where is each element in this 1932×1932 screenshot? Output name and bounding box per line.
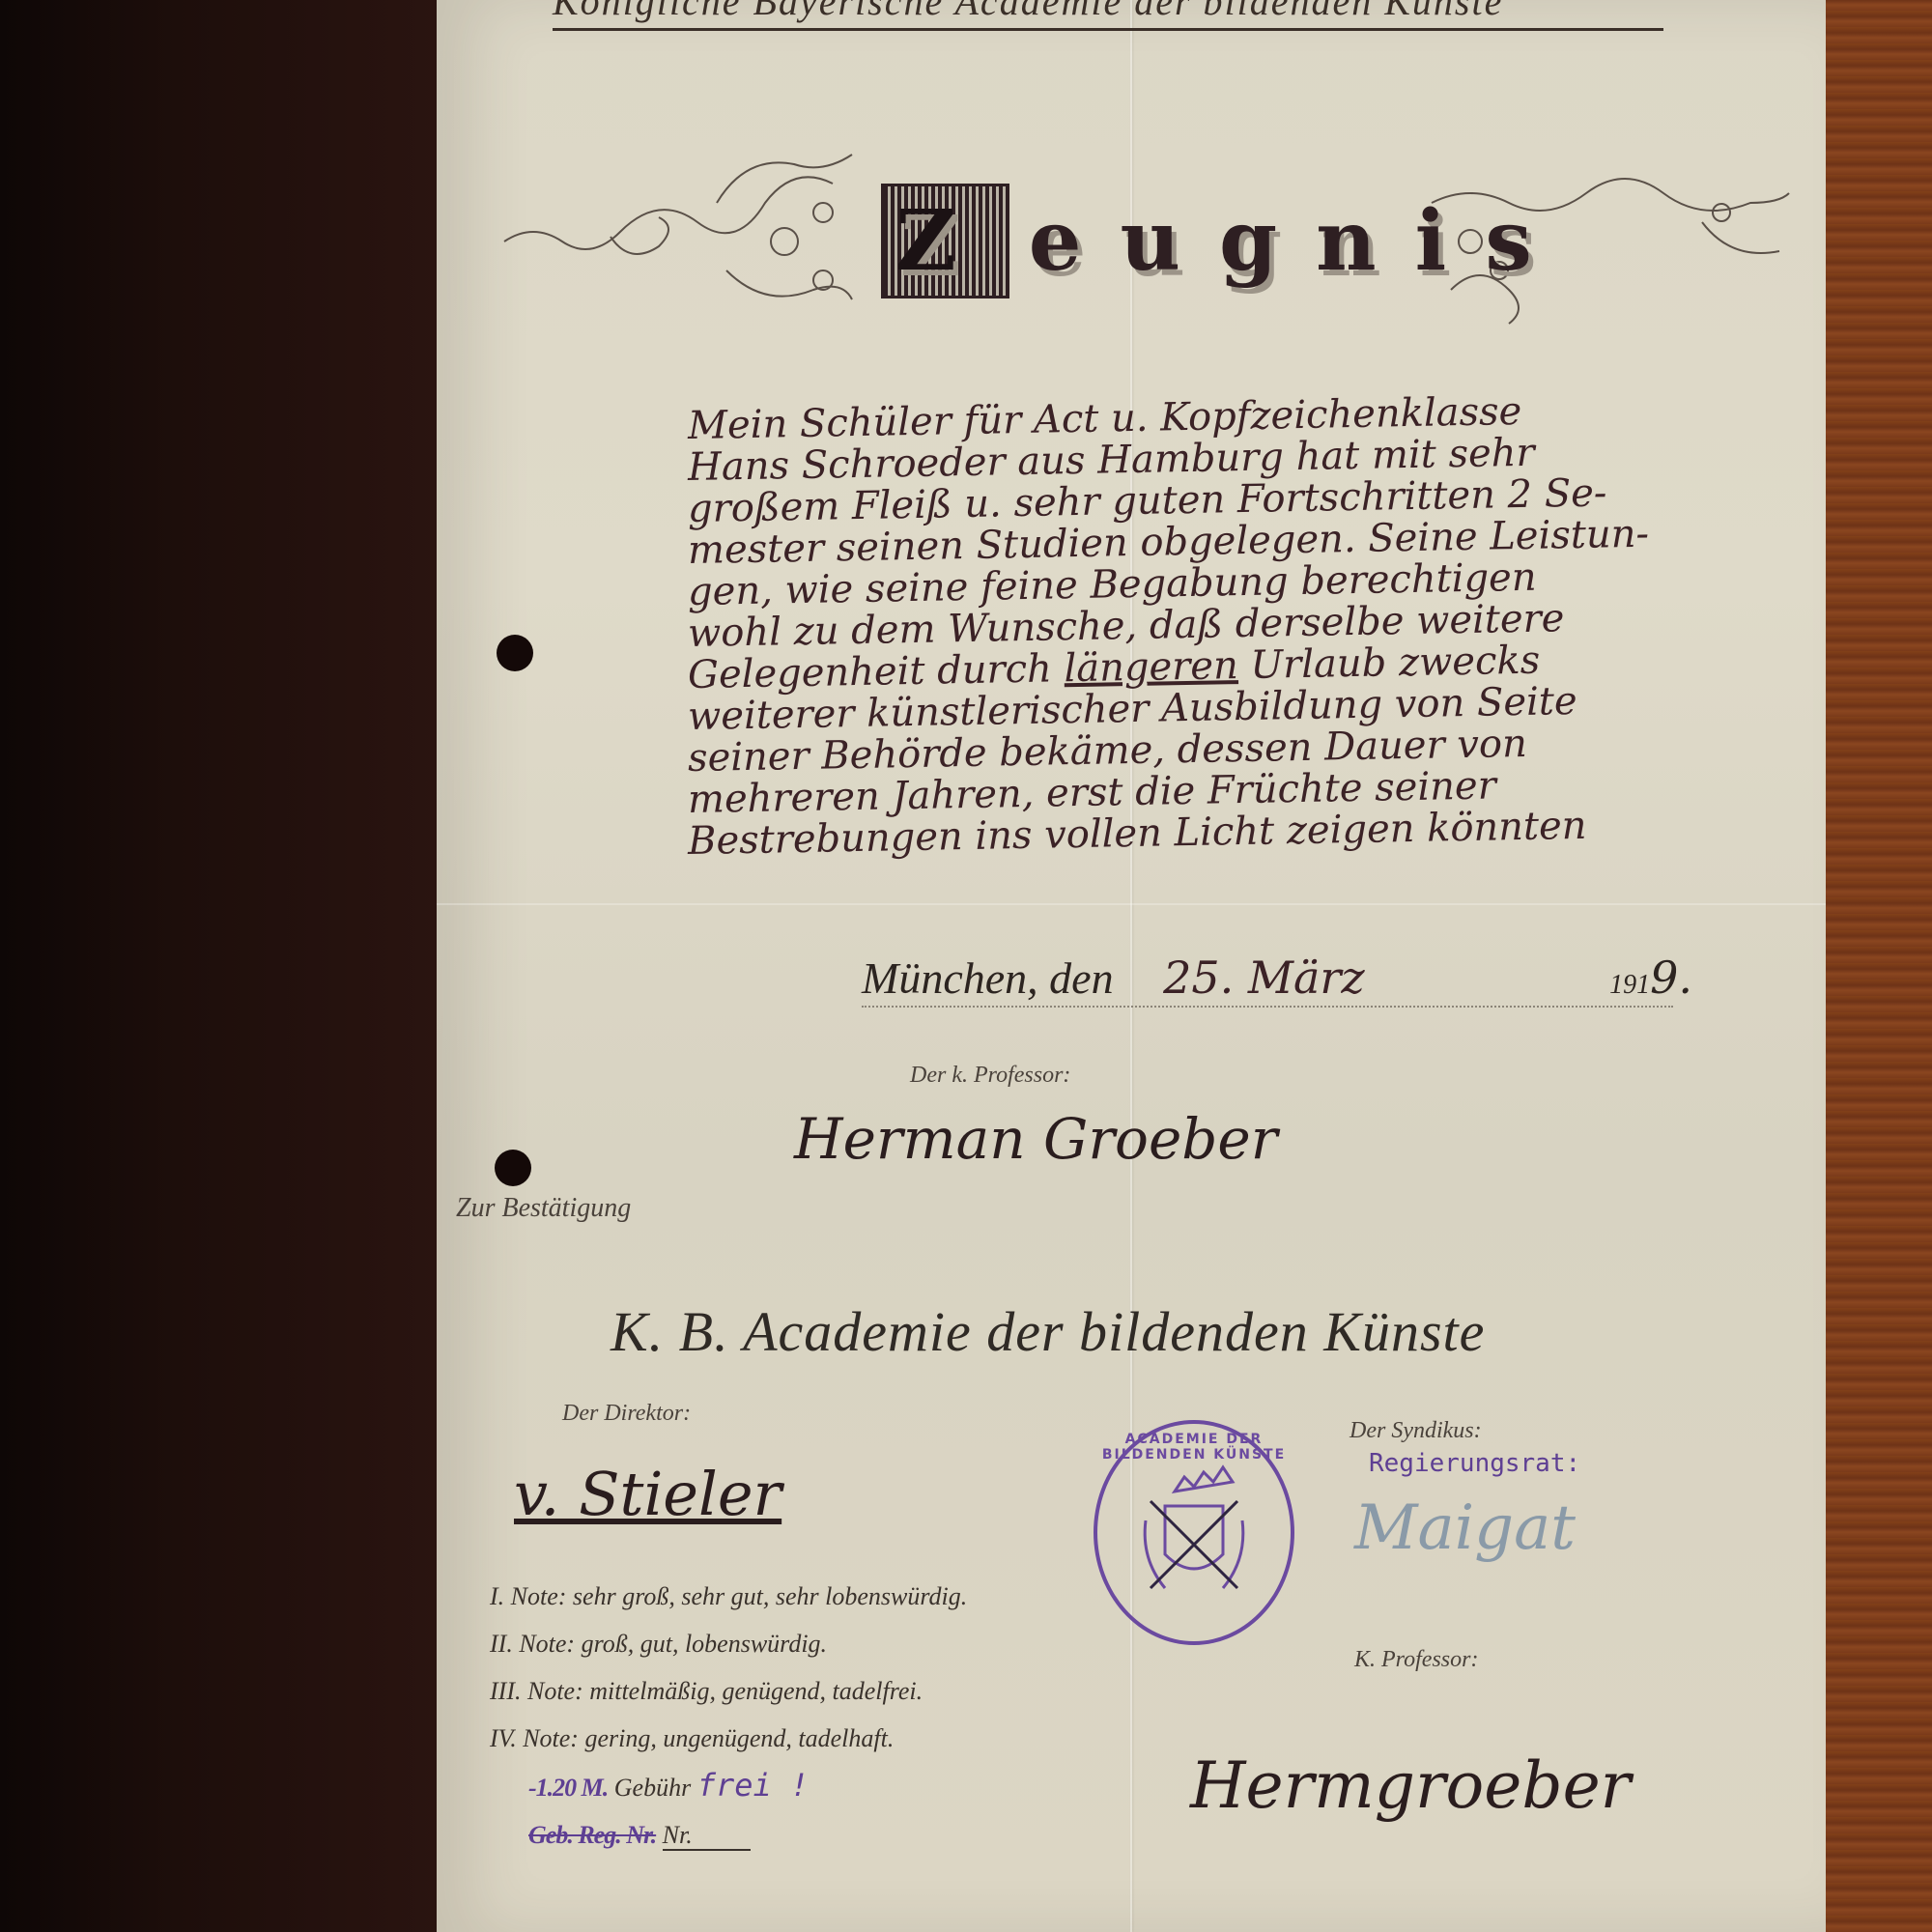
fee-label: Gebühr: [614, 1774, 691, 1802]
grade-2: II. Note: groß, gut, lobenswürdig.: [490, 1620, 967, 1667]
director-signature: v. Stieler: [514, 1459, 781, 1529]
date-day-month: 25. März: [1163, 952, 1365, 1004]
coat-of-arms-icon: [1136, 1463, 1252, 1607]
syndic-label: Der Syndikus:: [1350, 1418, 1482, 1444]
professor-label: Der k. Professor:: [910, 1063, 1070, 1089]
confirmation-label: Zur Bestätigung: [456, 1193, 631, 1224]
grade-1: I. Note: sehr groß, sehr gut, sehr loben…: [490, 1573, 967, 1620]
register-value: Nr.: [663, 1821, 751, 1851]
professor2-label: K. Professor:: [1354, 1647, 1478, 1673]
fee-stamp: frei !: [697, 1767, 810, 1804]
professor2-signature: Hermgroeber: [1190, 1748, 1631, 1823]
grade-legend: I. Note: sehr groß, sehr gut, sehr loben…: [490, 1573, 967, 1859]
title-block: Zeugnis: [495, 145, 1799, 357]
grade-4: IV. Note: gering, ungenügend, tadelhaft.: [490, 1715, 967, 1762]
year-suffix: 9.: [1650, 952, 1692, 1004]
date-place: München, den: [862, 953, 1114, 1003]
academy-name: K. B. Academie der bildenden Künste: [611, 1299, 1485, 1364]
academy-seal: ACADEMIE DER BILDENDEN KÜNSTE: [1094, 1420, 1294, 1645]
fee-struck: -1.20 M.: [528, 1774, 608, 1802]
register-struck: Geb. Reg. Nr.: [528, 1821, 656, 1849]
handwritten-body: Mein Schüler für Act u. Kopfzeichenklass…: [688, 396, 1799, 853]
syndic-signature: Maigat: [1354, 1492, 1576, 1564]
punch-hole-icon: [495, 1150, 531, 1186]
title-initial: Z: [881, 184, 1009, 298]
wooden-table-edge: [1826, 0, 1932, 1932]
date-year: 1919.: [1609, 952, 1692, 1004]
register-line: Geb. Reg. Nr. Nr.: [490, 1811, 967, 1859]
fee-line: -1.20 M. Gebühr frei !: [490, 1762, 967, 1811]
underlined-word: längeren: [1064, 643, 1238, 691]
professor-signature: Herman Groeber: [794, 1106, 1277, 1172]
title-rest: eugnis: [1029, 192, 1571, 290]
certificate-paper: Königliche Bayerische Academie der bilde…: [437, 0, 1826, 1932]
document-title: Zeugnis: [881, 184, 1571, 298]
dark-background-left: [0, 0, 440, 1932]
syndic-stamp: Regierungsrat:: [1369, 1449, 1580, 1478]
date-line: München, den 25. März 1919.: [862, 952, 1673, 1008]
letterhead: Königliche Bayerische Academie der bilde…: [553, 0, 1663, 31]
punch-hole-icon: [497, 635, 533, 671]
grade-3: III. Note: mittelmäßig, genügend, tadelf…: [490, 1667, 967, 1715]
seal-text: ACADEMIE DER BILDENDEN KÜNSTE: [1097, 1432, 1291, 1463]
horizontal-fold-line: [437, 903, 1826, 905]
director-label: Der Direktor:: [562, 1401, 691, 1427]
year-prefix: 191: [1609, 970, 1650, 1000]
left-ornament-icon: [495, 145, 862, 338]
